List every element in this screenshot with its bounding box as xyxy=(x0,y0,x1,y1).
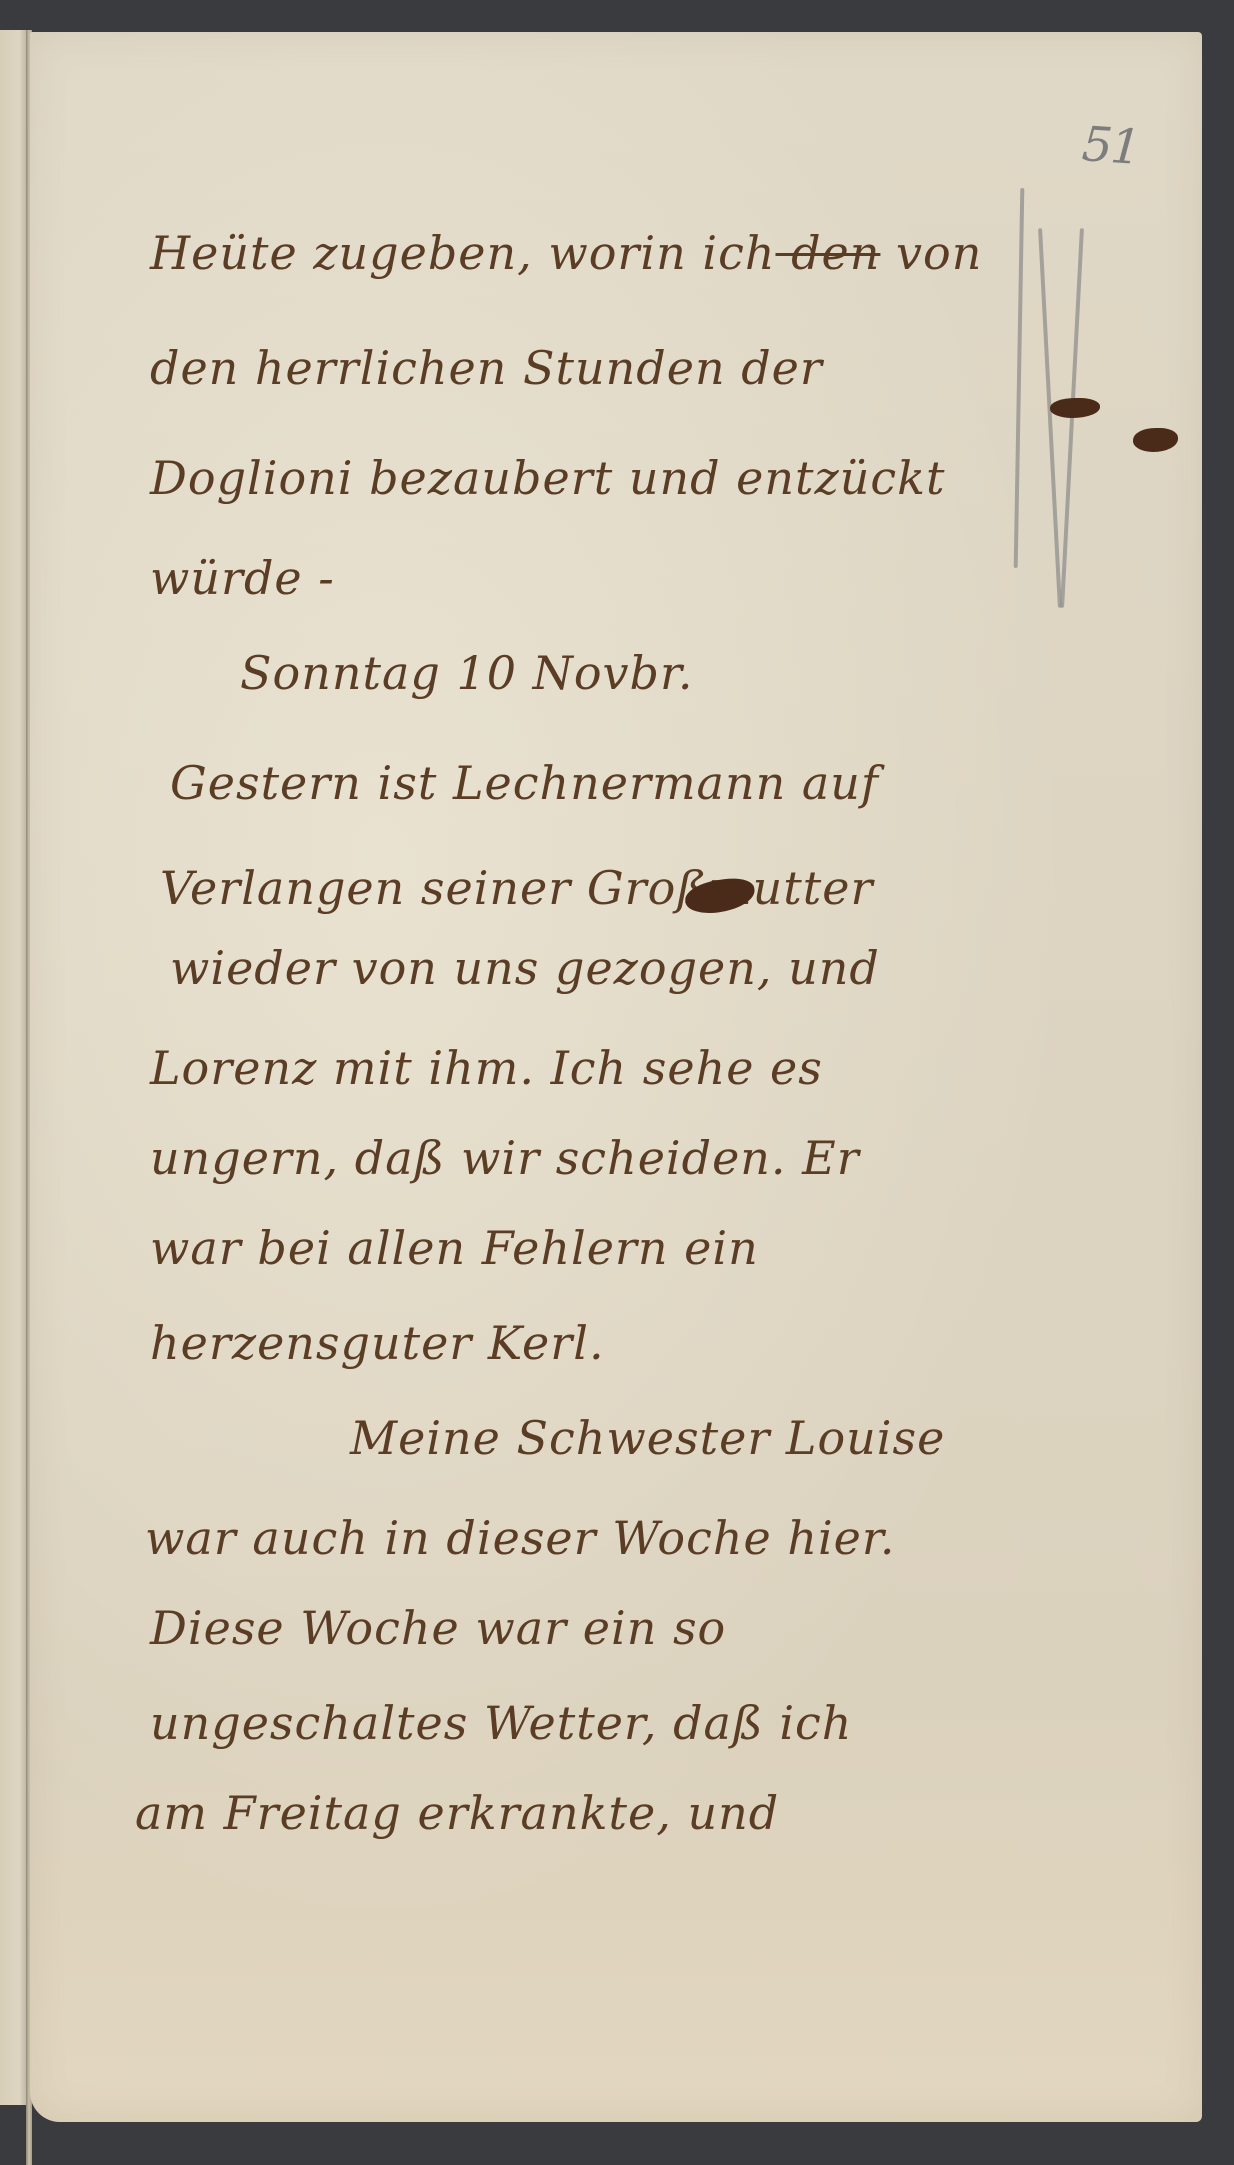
text-line: herzensguter Kerl. xyxy=(150,1320,605,1366)
text-line: Heüte zugeben, worin ich den von xyxy=(150,230,982,276)
line-text: würde - xyxy=(150,551,335,605)
text-line: Meine Schwester Louise xyxy=(350,1415,945,1461)
text-line: Verlangen seiner Großmutter xyxy=(160,865,873,911)
text-line: wieder von uns gezogen, und xyxy=(170,945,880,991)
text-line: Diese Woche war ein so xyxy=(150,1605,726,1651)
scan-background: 51 Heüte zugeben, worin ich den vonden h… xyxy=(0,0,1234,2165)
line-text-after: von xyxy=(880,226,982,280)
line-text: Diese Woche war ein so xyxy=(150,1601,726,1655)
text-line: ungern, daß wir scheiden. Er xyxy=(150,1135,860,1181)
text-line: den herrlichen Stunden der xyxy=(150,345,823,391)
line-text: den herrlichen Stunden der xyxy=(150,341,823,395)
line-text: Sonntag 10 Novbr. xyxy=(240,646,694,700)
line-text: Doglioni bezaubert und entzückt xyxy=(150,451,945,505)
facing-page-edge xyxy=(0,30,28,2105)
line-text: Gestern ist Lechnermann auf xyxy=(170,756,879,810)
line-text: war auch in dieser Woche hier. xyxy=(145,1511,895,1565)
text-line: Lorenz mit ihm. Ich sehe es xyxy=(150,1045,823,1091)
line-text: wieder von uns gezogen, und xyxy=(170,941,880,995)
line-text: war bei allen Fehlern ein xyxy=(150,1221,759,1275)
line-text: ungeschaltes Wetter, daß ich xyxy=(150,1696,852,1750)
text-line: Sonntag 10 Novbr. xyxy=(240,650,694,696)
line-text: herzensguter Kerl. xyxy=(150,1316,605,1370)
text-line: am Freitag erkrankte, und xyxy=(135,1790,779,1836)
text-line: Doglioni bezaubert und entzückt xyxy=(150,455,945,501)
line-text: Heüte zugeben, worin ich xyxy=(150,226,775,280)
text-line: ungeschaltes Wetter, daß ich xyxy=(150,1700,852,1746)
struck-word: den xyxy=(775,226,880,280)
text-line: war auch in dieser Woche hier. xyxy=(145,1515,895,1561)
text-line: war bei allen Fehlern ein xyxy=(150,1225,759,1271)
page-number: 51 xyxy=(1080,116,1141,176)
line-text: Meine Schwester Louise xyxy=(350,1411,945,1465)
line-text: am Freitag erkrankte, und xyxy=(135,1786,779,1840)
line-text: ungern, daß wir scheiden. Er xyxy=(150,1131,860,1185)
line-text: Verlangen seiner Großmutter xyxy=(160,861,873,915)
line-text: Lorenz mit ihm. Ich sehe es xyxy=(150,1041,823,1095)
text-line: Gestern ist Lechnermann auf xyxy=(170,760,879,806)
text-line: würde - xyxy=(150,555,335,601)
